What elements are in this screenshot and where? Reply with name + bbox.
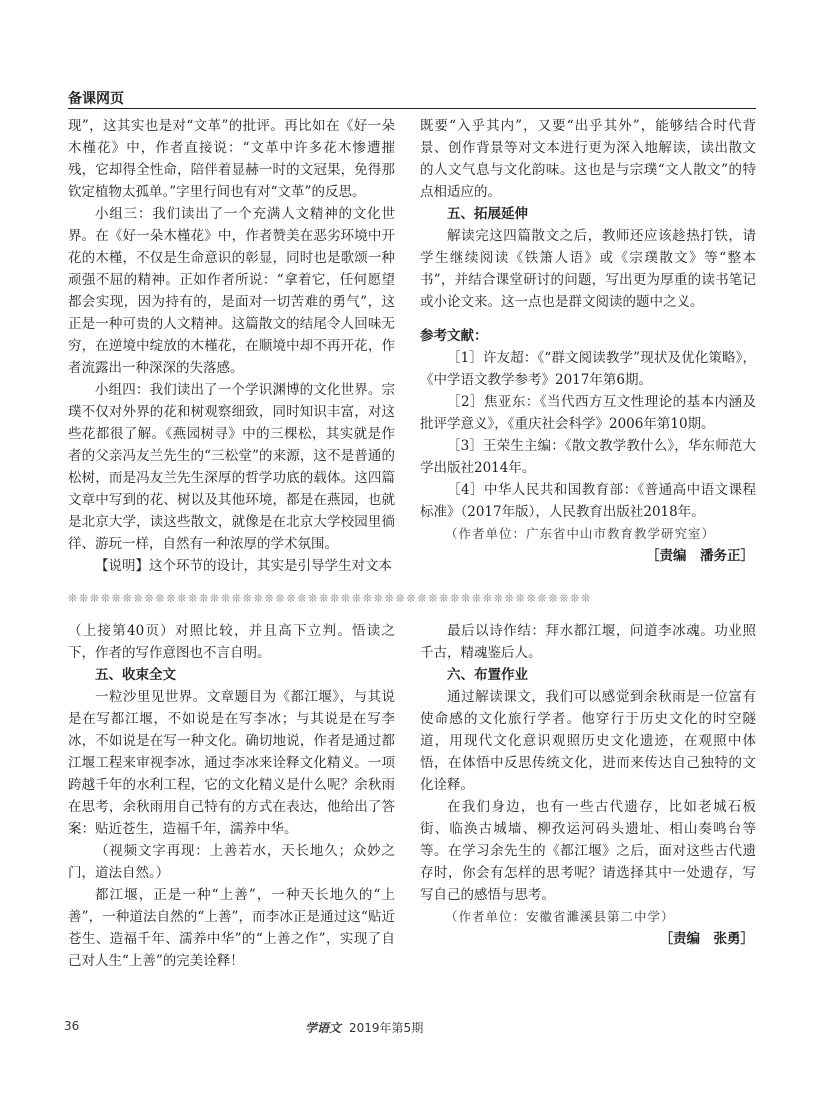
- paragraph: （视频文字再现：上善若水，天长地久；众妙之门，道法自然。）: [68, 840, 395, 884]
- paragraph: 解读完这四篇散文之后，教师还应该趁热打铁，请学生继续阅读《铁箫人语》或《宗璞散文…: [420, 225, 756, 313]
- article-column-top-left: 现”，这其实也是对“文革”的批评。再比如在《好一朵木槿花》中，作者直接说：“文革…: [68, 115, 395, 577]
- poem-paragraph: 最后以诗作结：拜水都江堰，问道李冰魂。功业照千古，精魂鉴后人。: [420, 620, 756, 664]
- references-title: 参考文献：: [420, 325, 756, 347]
- magazine-logo: 学语文: [305, 1021, 341, 1035]
- editor-credit: ［责编 潘务正］: [420, 545, 756, 567]
- paragraph: 一粒沙里见世界。文章题目为《都江堰》，与其说是在写都江堰，不如说是在写李冰；与其…: [68, 686, 395, 840]
- section-header-title: 备课网页: [68, 88, 124, 108]
- page-number: 36: [64, 1019, 79, 1033]
- header-rule: [68, 108, 756, 109]
- paragraph: 都江堰，正是一种“上善”，一种天长地久的“上善”，一种道法自然的“上善”，而李冰…: [68, 884, 395, 972]
- editor-credit: ［责编 张勇］: [420, 928, 756, 950]
- reference-item: ［1］许友超：《“群文阅读教学”现状及优化策略》，《中学语文教学参考》2017年…: [420, 347, 756, 391]
- paragraph-group-three: 小组三：我们读出了一个充满人文精神的文化世界。在《好一朵木槿花》中，作者赞美在恶…: [68, 203, 395, 379]
- footer-magazine: 学语文2019年第5期: [305, 1019, 423, 1036]
- reference-item: ［2］焦亚东：《当代西方互文性理论的基本内涵及批评学意义》，《重庆社会科学》20…: [420, 391, 756, 435]
- paragraph-group-four: 小组四：我们读出了一个学识渊博的文化世界。宗璞不仅对外界的花和树观察细致，同时知…: [68, 379, 395, 555]
- paragraph: 现”，这其实也是对“文革”的批评。再比如在《好一朵木槿花》中，作者直接说：“文革…: [68, 115, 395, 203]
- reference-item: ［4］中华人民共和国教育部：《普通高中语文课程标准》（2017年版），人民教育出…: [420, 479, 756, 523]
- paragraph-note: 【说明】这个环节的设计，其实是引导学生对文本: [68, 555, 395, 577]
- article-column-bottom-right: 最后以诗作结：拜水都江堰，问道李冰魂。功业照千古，精魂鉴后人。 六、布置作业 通…: [420, 620, 756, 950]
- paragraph: 既要“入乎其内”，又要“出乎其外”，能够结合时代背景、创作背景等对文本进行更为深…: [420, 115, 756, 203]
- article-column-top-right: 既要“入乎其内”，又要“出乎其外”，能够结合时代背景、创作背景等对文本进行更为深…: [420, 115, 756, 567]
- continuation-paragraph: （上接第40页）对照比较，并且高下立判。悟读之下，作者的写作意图也不言自明。: [68, 620, 395, 664]
- reference-item: ［3］王荣生主编：《散文教学教什么》，华东师范大学出版社2014年。: [420, 435, 756, 479]
- paragraph: 在我们身边，也有一些古代遗存，比如老城石板街、临涣古城墙、柳孜运河码头遗址、相山…: [420, 796, 756, 906]
- section-heading: 五、收束全文: [68, 664, 395, 686]
- article-column-bottom-left: （上接第40页）对照比较，并且高下立判。悟读之下，作者的写作意图也不言自明。 五…: [68, 620, 395, 972]
- author-unit: （作者单位：广东省中山市教育教学研究室）: [420, 523, 756, 545]
- section-heading: 六、布置作业: [420, 664, 756, 686]
- paragraph: 通过解读课文，我们可以感觉到余秋雨是一位富有使命感的文化旅行学者。他穿行于历史文…: [420, 686, 756, 796]
- author-unit: （作者单位：安徽省濉溪县第二中学）: [420, 906, 756, 928]
- section-heading: 五、拓展延伸: [420, 203, 756, 225]
- issue-label: 2019年第5期: [349, 1021, 423, 1035]
- ornamental-divider: ❊❊❊❊❊❊❊❊❊❊❊❊❊❊❊❊❊❊❊❊❊❊❊❊❊❊❊❊❊❊❊❊❊❊❊❊❊❊❊❊…: [68, 592, 756, 605]
